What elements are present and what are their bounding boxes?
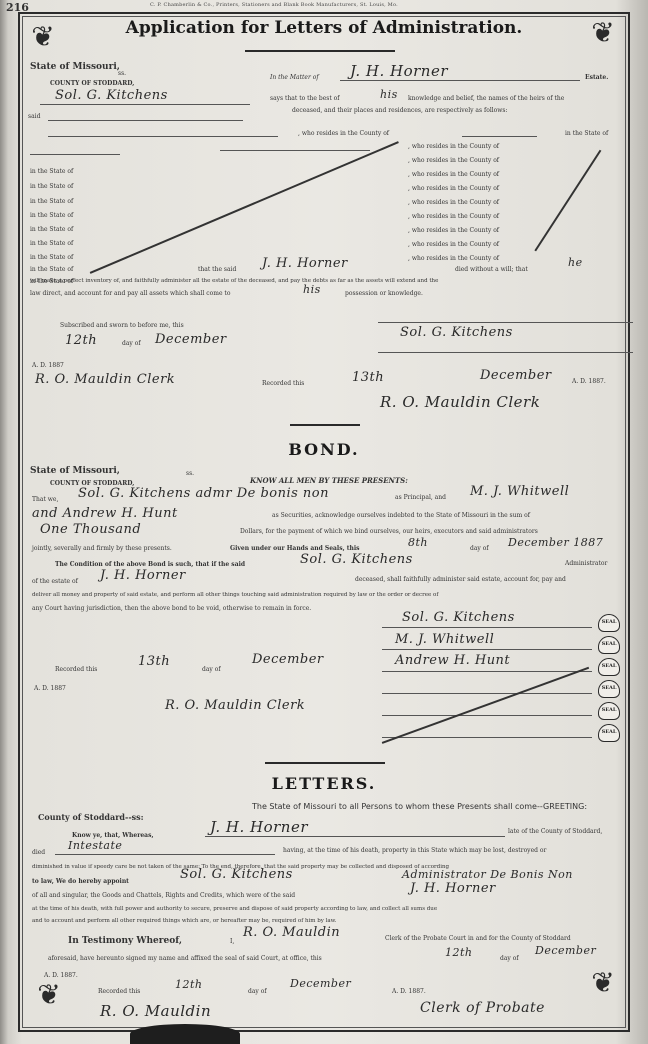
corner-ornament-icon: ❦ — [580, 960, 626, 1006]
resides-row: , who resides in the County of — [408, 241, 499, 248]
resides-row: , who resides in the County of — [408, 143, 499, 150]
section-divider — [290, 424, 360, 426]
clerk-signature-1: R. O. Mauldin Clerk — [35, 372, 175, 387]
bond-clerk-signature: R. O. Mauldin Clerk — [165, 698, 305, 713]
bond-recorded-day-of: day of — [202, 666, 221, 673]
died-text-2: died without a will; that — [455, 266, 528, 273]
says-text: says that to the best of — [270, 95, 340, 102]
bond-venue-ss: ss. — [186, 470, 194, 477]
given-text: Given under our Hands and Seals, this — [230, 545, 360, 552]
bond-recorded-month: December — [252, 652, 324, 667]
bond-heading: BOND. — [0, 440, 648, 459]
rule-line — [220, 150, 370, 151]
bond-signature: Andrew H. Hunt — [395, 653, 510, 668]
recorded-month: December — [480, 368, 552, 383]
letters-county: County of Stoddard--ss: — [38, 812, 144, 822]
resides-row: , who resides in the County of — [408, 227, 499, 234]
letters-recorded-label: Recorded this — [98, 988, 140, 995]
knowledge-text: knowledge and belief, the names of the h… — [408, 95, 564, 102]
matter-label: In the Matter of — [270, 74, 319, 81]
testimony-label: In Testimony Whereof, — [68, 936, 182, 946]
will-make-text: will make a perfect inventory of, and fa… — [30, 278, 438, 284]
seal-icon: SEAL — [598, 680, 620, 698]
resides-county-text: , who resides in the County of — [298, 130, 389, 137]
bond-recorded-label: Recorded this — [55, 666, 97, 673]
testimony-day: 12th — [445, 946, 473, 959]
and-to-text: and to account and perform all other req… — [32, 918, 336, 924]
given-day: 8th — [408, 536, 428, 549]
rule-line — [48, 136, 278, 137]
section-divider — [265, 762, 385, 764]
rule-line — [382, 649, 592, 650]
letters-recorded-month: December — [290, 977, 351, 990]
bond-recorded-ad: A. D. 1887 — [34, 685, 66, 692]
given-day-of: day of — [470, 545, 489, 552]
bond-deceased-text: deceased, shall faithfully administer sa… — [355, 576, 566, 583]
seal-icon: SEAL — [598, 636, 620, 654]
rule-line — [382, 627, 592, 628]
law-direct-text: law direct, and account for and pay all … — [30, 290, 230, 297]
letters-recorded-day-of: day of — [248, 988, 267, 995]
seal-icon: SEAL — [598, 702, 620, 720]
document-page: 216 C. P. Chamberlin & Co., Printers, St… — [0, 0, 648, 1044]
testimony-month: December — [535, 944, 596, 957]
principal-name: Sol. G. Kitchens admr De bonis non — [78, 486, 329, 501]
rule-line — [378, 352, 633, 353]
printer-imprint: C. P. Chamberlin & Co., Printers, Statio… — [150, 2, 398, 8]
surety-1: M. J. Whitwell — [470, 484, 569, 499]
subscribed-month: December — [155, 332, 227, 347]
rule-line — [340, 80, 580, 81]
know-all-text: KNOW ALL MEN BY THESE PRESENTS: — [250, 476, 408, 485]
heir-state-row: in the State of — [30, 266, 73, 273]
deceased-text: deceased, and their places and residence… — [292, 107, 508, 114]
died-pronoun: he — [568, 256, 583, 269]
died-label: died — [32, 849, 45, 856]
as-principal: as Principal, and — [395, 494, 446, 501]
seal-icon: SEAL — [598, 614, 620, 632]
at-time-text: at the time of his death, with full powe… — [32, 906, 437, 912]
letters-decedent: J. H. Horner — [210, 818, 308, 836]
resides-row: , who resides in the County of — [408, 157, 499, 164]
law-direct-pronoun: his — [303, 283, 321, 296]
title-divider — [245, 50, 395, 52]
bond-estate-name: J. H. Horner — [100, 568, 186, 583]
letters-recorded-day: 12th — [175, 978, 203, 991]
rule-line — [40, 104, 250, 105]
of-all-text: of all and singular, the Goods and Chatt… — [32, 892, 295, 899]
securities-text: as Securities, acknowledge ourselves ind… — [272, 512, 530, 519]
recorded-ad: A. D. 1887. — [572, 378, 606, 385]
applicant-name: Sol. G. Kitchens — [55, 88, 168, 103]
of-all-name: J. H. Horner — [410, 881, 496, 896]
document-title: Application for Letters of Administratio… — [0, 18, 648, 38]
of-estate-text: of the estate of — [32, 578, 78, 585]
testimony-day-of: day of — [500, 955, 519, 962]
recorded-day: 13th — [352, 370, 384, 385]
venue-county: COUNTY OF STODDARD, — [50, 80, 134, 87]
condition-name: Sol. G. Kitchens — [300, 552, 413, 567]
rule-line — [55, 854, 275, 855]
court-text: any Court having jurisdiction, then the … — [32, 605, 311, 612]
surety-2: and Andrew H. Hunt — [32, 506, 178, 521]
deliver-text: deliver all money and property of said e… — [32, 592, 438, 598]
heir-state-row: in the State of — [30, 198, 73, 205]
given-month: December 1887 — [508, 536, 603, 549]
that-we: That we, — [32, 496, 58, 503]
jointly-text: jointly, severally and firmly by these p… — [32, 545, 172, 552]
died-decedent-name: J. H. Horner — [262, 256, 348, 271]
photo-shadow — [130, 1024, 240, 1044]
applicant-pronoun: his — [380, 88, 398, 101]
rule-line — [382, 693, 592, 694]
dollars-text: Dollars, for the payment of which we bin… — [240, 528, 538, 535]
seal-icon: SEAL — [598, 724, 620, 742]
decedent-name: J. H. Horner — [350, 62, 448, 80]
bond-signature: Sol. G. Kitchens — [402, 610, 515, 625]
venue-ss: ss. — [118, 70, 126, 77]
died-status: Intestate — [68, 839, 122, 852]
rule-line — [48, 120, 243, 121]
said-label: said — [28, 113, 40, 120]
subscribed-day: 12th — [65, 333, 97, 348]
possession-text: possession or knowledge. — [345, 290, 423, 297]
to-law-text: to law, We do hereby appoint — [32, 878, 129, 885]
bond-recorded-day: 13th — [138, 654, 170, 669]
condition-text: The Condition of the above Bond is such,… — [55, 561, 245, 568]
resides-row: , who resides in the County of — [408, 185, 499, 192]
testimony-text: Clerk of the Probate Court in and for th… — [385, 935, 571, 942]
testimony-i: I, — [230, 938, 234, 945]
subscribed-text: Subscribed and sworn to before me, this — [60, 322, 184, 329]
greeting-text: The State of Missouri to all Persons to … — [252, 802, 587, 811]
having-text: having, at the time of his death, proper… — [283, 847, 546, 854]
died-text-1: that the said — [198, 266, 236, 273]
testimony-ad: A. D. 1887. — [44, 972, 78, 979]
estate-label: Estate. — [585, 74, 608, 81]
heir-state-row: in the State of — [30, 254, 73, 261]
resides-row: , who resides in the County of — [408, 171, 499, 178]
bond-venue-state: State of Missouri, — [30, 466, 120, 476]
rule-line — [382, 671, 592, 672]
appointee-role: Administrator De Bonis Non — [402, 868, 573, 881]
recorded-label: Recorded this — [262, 380, 304, 387]
rule-line — [382, 737, 592, 738]
know-ye-text: Know ye, that, Whereas, — [72, 832, 154, 839]
bond-amount: One Thousand — [40, 522, 141, 537]
in-state-of: in the State of — [565, 130, 608, 137]
seal-icon: SEAL — [598, 658, 620, 676]
rule-line — [462, 136, 537, 137]
resides-row: , who resides in the County of — [408, 255, 499, 262]
testimony-clerk: R. O. Mauldin — [243, 925, 340, 940]
ad-year: A. D. 1887 — [32, 362, 64, 369]
heir-state-row: in the State of — [30, 226, 73, 233]
heir-state-row: in the State of — [30, 168, 73, 175]
appointee-name: Sol. G. Kitchens — [180, 867, 293, 882]
venue-state: State of Missouri, — [30, 62, 120, 72]
rule-line — [205, 836, 505, 837]
clerk-of-probate-signature: Clerk of Probate — [420, 1000, 545, 1016]
resides-row: , who resides in the County of — [408, 199, 499, 206]
rule-line — [30, 154, 120, 155]
rule-line — [382, 715, 592, 716]
clerk-signature-2: R. O. Mauldin Clerk — [380, 393, 540, 411]
heir-state-row: in the State of — [30, 212, 73, 219]
resides-row: , who resides in the County of — [408, 213, 499, 220]
aforesaid-text: aforesaid, have hereunto signed my name … — [48, 955, 322, 962]
applicant-signature: Sol. G. Kitchens — [400, 325, 513, 340]
heir-state-row: in the State of — [30, 240, 73, 247]
letters-recorded-ad: A. D. 1887. — [392, 988, 426, 995]
heir-state-row: in the State of — [30, 183, 73, 190]
letters-clerk-signature: R. O. Mauldin — [100, 1002, 211, 1020]
bond-signature: M. J. Whitwell — [395, 632, 494, 647]
day-of: day of — [122, 340, 141, 347]
late-of-text: late of the County of Stoddard, — [508, 828, 602, 835]
administrator-label: Administrator — [565, 560, 607, 567]
rule-line — [378, 322, 633, 323]
letters-heading: LETTERS. — [0, 774, 648, 793]
